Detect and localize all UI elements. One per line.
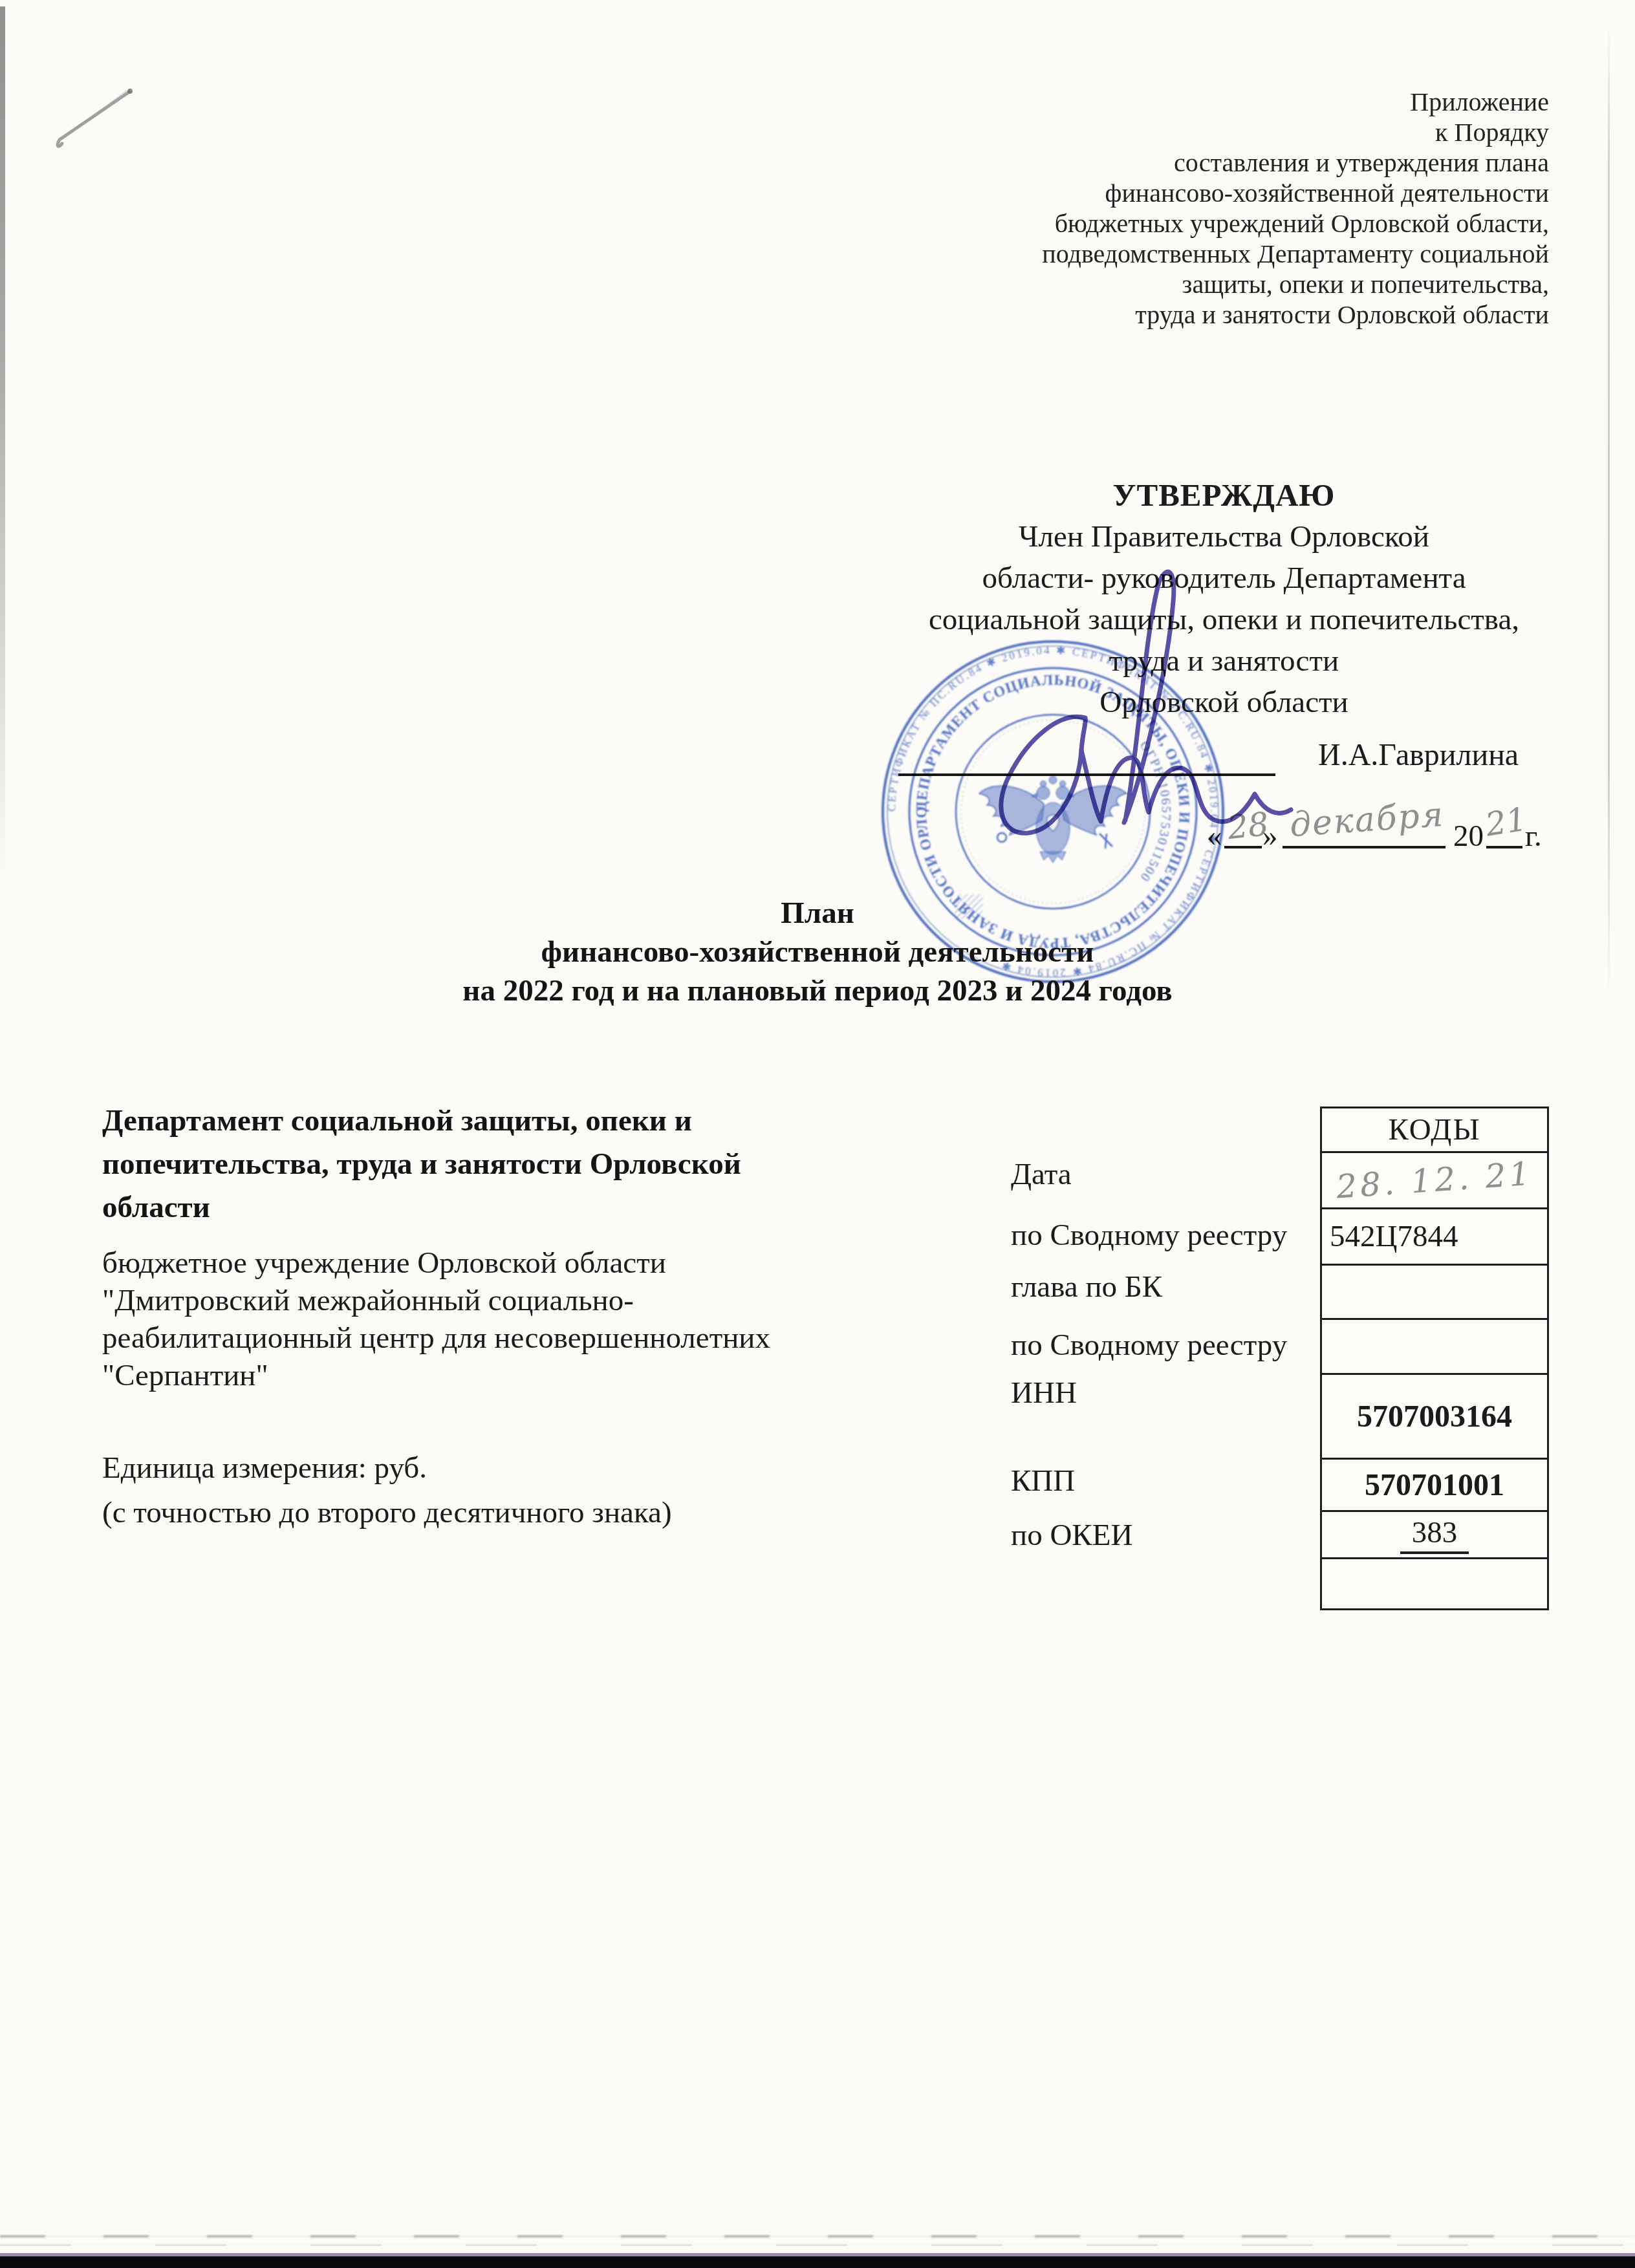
codes-okei-cell: 383 [1322, 1512, 1547, 1559]
label-kpp: КПП [1011, 1463, 1075, 1498]
department-name: Департамент социальной защиты, опеки и п… [102, 1099, 852, 1229]
appendix-line: финансово-хозяйственной деятельности [805, 178, 1549, 208]
appendix-line: составления и утверждения плана [805, 147, 1549, 178]
appendix-note: Приложение к Порядку составления и утвер… [805, 87, 1549, 330]
title-line: План [0, 894, 1635, 933]
appendix-line: бюджетных учреждений Орловской области, [805, 208, 1549, 239]
codes-empty-cell [1322, 1559, 1547, 1608]
codes-glava-bk-cell [1322, 1266, 1547, 1320]
codes-date-handwritten: 28. 12. 21 [1335, 1154, 1534, 1205]
codes-okei-value: 383 [1400, 1515, 1469, 1554]
label-inn: ИНН [1011, 1376, 1077, 1410]
appendix-line: защиты, опеки и попечительства, [805, 269, 1549, 299]
unit-of-measure: Единица измерения: руб. [102, 1451, 427, 1485]
codes-svod-registry-cell: 542Ц7844 [1322, 1209, 1547, 1266]
department-line: Департамент социальной защиты, опеки и [102, 1099, 852, 1143]
institution-line: "Дмитровский межрайонный социально- [102, 1282, 872, 1319]
department-line: области [102, 1186, 852, 1229]
scan-bottom-black-band [0, 2256, 1635, 2268]
codes-header-cell: КОДЫ [1322, 1108, 1547, 1153]
scan-streak-artifact-2 [0, 2244, 1635, 2246]
approval-line: Член Правительства Орловской [828, 516, 1620, 557]
date-year-printed: 20 [1453, 819, 1484, 854]
label-svod-registry-2: по Сводному реестру [1011, 1328, 1287, 1363]
date-year-underline [1486, 846, 1522, 848]
label-okei: по ОКЕИ [1011, 1518, 1132, 1553]
appendix-line: к Порядку [805, 117, 1549, 147]
codes-svod-registry-2-cell [1322, 1320, 1547, 1375]
date-year-handwritten: 21 [1483, 800, 1530, 843]
appendix-line: труда и занятости Орловской области [805, 299, 1549, 330]
institution-name: бюджетное учреждение Орловской области "… [102, 1244, 872, 1394]
institution-line: бюджетное учреждение Орловской области [102, 1244, 872, 1282]
signature-ink [931, 556, 1345, 860]
institution-line: "Серпантин" [102, 1357, 872, 1394]
scanned-document-page: Приложение к Порядку составления и утвер… [0, 0, 1635, 2268]
approval-heading: УТВЕРЖДАЮ [828, 475, 1620, 516]
scan-left-edge-artifact [0, 6, 5, 880]
codes-table: КОДЫ 28. 12. 21 542Ц7844 5707003164 5707… [1320, 1107, 1549, 1610]
date-year-suffix: г. [1525, 819, 1542, 854]
codes-date-cell: 28. 12. 21 [1322, 1153, 1547, 1209]
codes-kpp-cell: 570701001 [1322, 1460, 1547, 1512]
label-date: Дата [1011, 1157, 1072, 1192]
appendix-line: Приложение [805, 87, 1549, 117]
institution-line: реабилитационный центр для несовершеннол… [102, 1319, 872, 1357]
scan-streak-artifact [0, 2235, 1635, 2238]
department-line: попечительства, труда и занятости Орловс… [102, 1143, 852, 1186]
signer-name: И.А.Гаврилина [1318, 737, 1519, 773]
appendix-line: подведомственных Департаменту социальной [805, 239, 1549, 269]
codes-inn-cell: 5707003164 [1322, 1375, 1547, 1460]
label-glava-bk: глава по БК [1011, 1269, 1162, 1304]
unit-precision-note: (с точностью до второго десятичного знак… [102, 1495, 672, 1530]
title-line: на 2022 год и на плановый период 2023 и … [0, 971, 1635, 1010]
label-svod-registry: по Сводному реестру [1011, 1218, 1287, 1253]
pencil-mark [53, 84, 144, 155]
title-line: финансово-хозяйственной деятельности [0, 933, 1635, 971]
document-title: План финансово-хозяйственной деятельност… [0, 894, 1635, 1010]
